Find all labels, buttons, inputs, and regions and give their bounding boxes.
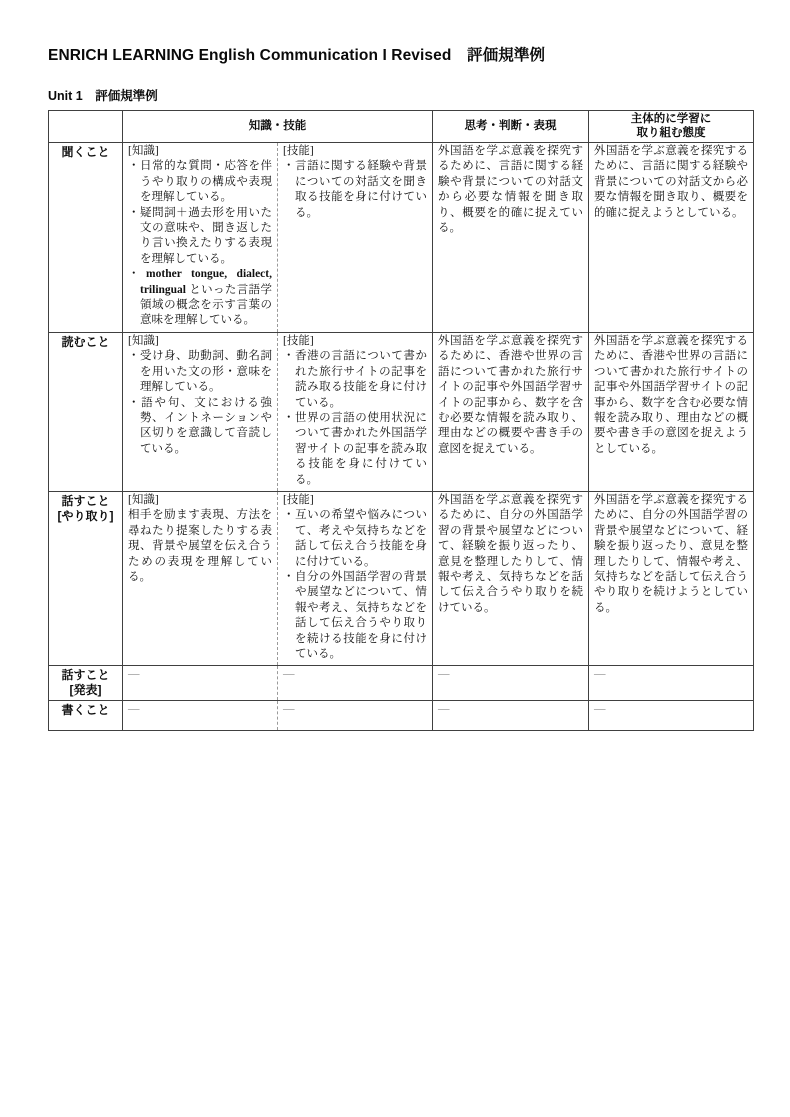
text-segment: ・受け身、助動詞、動名詞を用いた文の形・意味を理解している。 (128, 350, 272, 393)
attitude-cell: 外国語を学ぶ意義を探究するために、言語に関する経験や背景についての対話文から必要… (589, 143, 754, 333)
cell-label: [技能] (283, 493, 427, 508)
empty-dash: ― (438, 667, 583, 682)
thinking-cell: 外国語を学ぶ意義を探究するために、自分の外国語学習の背景や展望などについて、経験… (433, 491, 589, 665)
table-row: 読むこと[知識]・受け身、助動詞、動名詞を用いた文の形・意味を理解している。・語… (49, 332, 754, 491)
empty-dash: ― (128, 667, 272, 682)
table-body: 聞くこと[知識]・日常的な質問・応答を伴うやり取りの構成や表現を理解している。・… (49, 143, 754, 731)
cell-text: 外国語を学ぶ意義を探究するために、自分の外国語学習の背景や展望などについて、経験… (594, 493, 748, 616)
text-segment: ― (594, 703, 606, 715)
page-title: ENRICH LEARNING English Communication I … (48, 46, 753, 65)
row-header: 書くこと (49, 701, 123, 731)
knowledge-cell: [知識]相手を励ます表現、方法を尋ねたり提案したりする表現、背景や展望を伝え合う… (123, 491, 278, 665)
text-segment: ・世界の言語の使用状況について書かれた外国語学習サイトの記事を読み取る技能を身に… (283, 412, 427, 486)
skill-cell: ― (278, 701, 433, 731)
cell-label: [知識] (128, 334, 272, 349)
text-segment: ― (594, 668, 606, 680)
rubric-table: 知識・技能 思考・判断・表現 主体的に学習に 取り組む態度 聞くこと[知識]・日… (48, 110, 754, 731)
knowledge-cell: ― (123, 666, 278, 701)
text-segment: ・日常的な質問・応答を伴うやり取りの構成や表現を理解している。 (128, 160, 272, 203)
cell-bullet: ・互いの希望や悩みについて、考えや気持ちなどを話して伝え合う技能を身に付けている… (283, 508, 427, 570)
text-segment: [知識] (128, 145, 159, 157)
text-segment: ・香港の言語について書かれた旅行サイトの記事を読み取る技能を身に付けている。 (283, 350, 427, 408)
text-segment: [知識] (128, 494, 159, 506)
cell-bullet: ・mother tongue, dialect, trilingual といった… (128, 267, 272, 329)
thinking-cell: 外国語を学ぶ意義を探究するために、香港や世界の言語について書かれた旅行サイトの記… (433, 332, 589, 491)
skill-cell: ― (278, 666, 433, 701)
knowledge-cell: ― (123, 701, 278, 731)
knowledge-cell: [知識]・受け身、助動詞、動名詞を用いた文の形・意味を理解している。・語や句、文… (123, 332, 278, 491)
text-segment: 外国語を学ぶ意義を探究するために、自分の外国語学習の背景や展望などについて、経験… (438, 494, 583, 614)
text-segment: ・自分の外国語学習の背景や展望などについて、情報や考え、気持ちなどを話して伝え合… (283, 571, 427, 660)
text-segment: ― (438, 668, 450, 680)
cell-bullet: ・受け身、助動詞、動名詞を用いた文の形・意味を理解している。 (128, 349, 272, 395)
text-segment: ― (283, 703, 295, 715)
empty-dash: ― (283, 702, 427, 717)
cell-bullet: ・香港の言語について書かれた旅行サイトの記事を読み取る技能を身に付けている。 (283, 349, 427, 411)
cell-text: 外国語を学ぶ意義を探究するために、言語に関する経験や背景についての対話文から必要… (594, 144, 748, 221)
cell-bullet: ・世界の言語の使用状況について書かれた外国語学習サイトの記事を読み取る技能を身に… (283, 411, 427, 488)
cell-text: 外国語を学ぶ意義を探究するために、香港や世界の言語について書かれた旅行サイトの記… (594, 334, 748, 457)
cell-label: [知識] (128, 493, 272, 508)
cell-bullet: ・自分の外国語学習の背景や展望などについて、情報や考え、気持ちなどを話して伝え合… (283, 570, 427, 662)
table-row: 書くこと―――― (49, 701, 754, 731)
row-header: 聞くこと (49, 143, 123, 333)
empty-dash: ― (438, 702, 583, 717)
table-row: 聞くこと[知識]・日常的な質問・応答を伴うやり取りの構成や表現を理解している。・… (49, 143, 754, 333)
cell-text: 外国語を学ぶ意義を探究するために、言語に関する経験や背景についての対話文から必要… (438, 144, 583, 236)
cell-text: 相手を励ます表現、方法を尋ねたり提案したりする表現、背景や展望を伝え合うための表… (128, 508, 272, 585)
text-segment: 外国語を学ぶ意義を探究するために、香港や世界の言語について書かれた旅行サイトの記… (438, 335, 583, 455)
col-header-attitude: 主体的に学習に 取り組む態度 (589, 111, 754, 143)
skill-cell: [技能]・言語に関する経験や背景についての対話文を聞き取る技能を身に付けている。 (278, 143, 433, 333)
row-header: 話すこと [発表] (49, 666, 123, 701)
text-segment: 相手を励ます表現、方法を尋ねたり提案したりする表現、背景や展望を伝え合うための表… (128, 509, 272, 583)
text-segment: [技能] (283, 335, 314, 347)
col-header-thinking-judgement-expression: 思考・判断・表現 (433, 111, 589, 143)
row-header: 読むこと (49, 332, 123, 491)
text-segment: ― (128, 668, 140, 680)
row-header: 話すこと [やり取り] (49, 491, 123, 665)
corner-cell (49, 111, 123, 143)
text-segment: 外国語を学ぶ意義を探究するために、言語に関する経験や背景についての対話文から必要… (438, 145, 583, 234)
cell-bullet: ・疑問詞＋過去形を用いた文の意味や、聞き返したり言い換えたりする表現を理解してい… (128, 206, 272, 268)
text-segment: ・ (128, 268, 146, 280)
attitude-cell: 外国語を学ぶ意義を探究するために、自分の外国語学習の背景や展望などについて、経験… (589, 491, 754, 665)
attitude-cell: 外国語を学ぶ意義を探究するために、香港や世界の言語について書かれた旅行サイトの記… (589, 332, 754, 491)
cell-label: [技能] (283, 144, 427, 159)
text-segment: ・互いの希望や悩みについて、考えや気持ちなどを話して伝え合う技能を身に付けている… (283, 509, 427, 567)
table-header: 知識・技能 思考・判断・表現 主体的に学習に 取り組む態度 (49, 111, 754, 143)
text-segment: 外国語を学ぶ意義を探究するために、自分の外国語学習の背景や展望などについて、経験… (594, 494, 748, 614)
thinking-cell: 外国語を学ぶ意義を探究するために、言語に関する経験や背景についての対話文から必要… (433, 143, 589, 333)
text-segment: ― (128, 703, 140, 715)
cell-text: 外国語を学ぶ意義を探究するために、香港や世界の言語について書かれた旅行サイトの記… (438, 334, 583, 457)
empty-dash: ― (594, 667, 748, 682)
text-segment: [知識] (128, 335, 159, 347)
text-segment: ・言語に関する経験や背景についての対話文を聞き取る技能を身に付けている。 (283, 160, 427, 218)
table-row: 話すこと [やり取り][知識]相手を励ます表現、方法を尋ねたり提案したりする表現… (49, 491, 754, 665)
thinking-cell: ― (433, 666, 589, 701)
document-page: ENRICH LEARNING English Communication I … (0, 0, 790, 1117)
attitude-cell: ― (589, 666, 754, 701)
cell-bullet: ・日常的な質問・応答を伴うやり取りの構成や表現を理解している。 (128, 159, 272, 205)
cell-bullet: ・語や句、文における強勢、イントネーションや区切りを意識して音読している。 (128, 396, 272, 458)
empty-dash: ― (594, 702, 748, 717)
knowledge-cell: [知識]・日常的な質問・応答を伴うやり取りの構成や表現を理解している。・疑問詞＋… (123, 143, 278, 333)
skill-cell: [技能]・互いの希望や悩みについて、考えや気持ちなどを話して伝え合う技能を身に付… (278, 491, 433, 665)
thinking-cell: ― (433, 701, 589, 731)
text-segment: ・疑問詞＋過去形を用いた文の意味や、聞き返したり言い換えたりする表現を理解してい… (128, 207, 272, 265)
text-segment: ・語や句、文における強勢、イントネーションや区切りを意識して音読している。 (128, 397, 272, 455)
cell-label: [技能] (283, 334, 427, 349)
unit-heading: Unit 1 評価規準例 (48, 89, 753, 104)
cell-label: [知識] (128, 144, 272, 159)
text-segment: 外国語を学ぶ意義を探究するために、香港や世界の言語について書かれた旅行サイトの記… (594, 335, 748, 455)
text-segment: [技能] (283, 145, 314, 157)
text-segment: [技能] (283, 494, 314, 506)
skill-cell: [技能]・香港の言語について書かれた旅行サイトの記事を読み取る技能を身に付けてい… (278, 332, 433, 491)
col-header-knowledge-skills: 知識・技能 (123, 111, 433, 143)
empty-dash: ― (283, 667, 427, 682)
header-row: 知識・技能 思考・判断・表現 主体的に学習に 取り組む態度 (49, 111, 754, 143)
text-segment: ― (438, 703, 450, 715)
text-segment: 外国語を学ぶ意義を探究するために、言語に関する経験や背景についての対話文から必要… (594, 145, 748, 219)
text-segment: ― (283, 668, 295, 680)
table-row: 話すこと [発表]―――― (49, 666, 754, 701)
attitude-cell: ― (589, 701, 754, 731)
cell-text: 外国語を学ぶ意義を探究するために、自分の外国語学習の背景や展望などについて、経験… (438, 493, 583, 616)
cell-bullet: ・言語に関する経験や背景についての対話文を聞き取る技能を身に付けている。 (283, 159, 427, 221)
empty-dash: ― (128, 702, 272, 717)
